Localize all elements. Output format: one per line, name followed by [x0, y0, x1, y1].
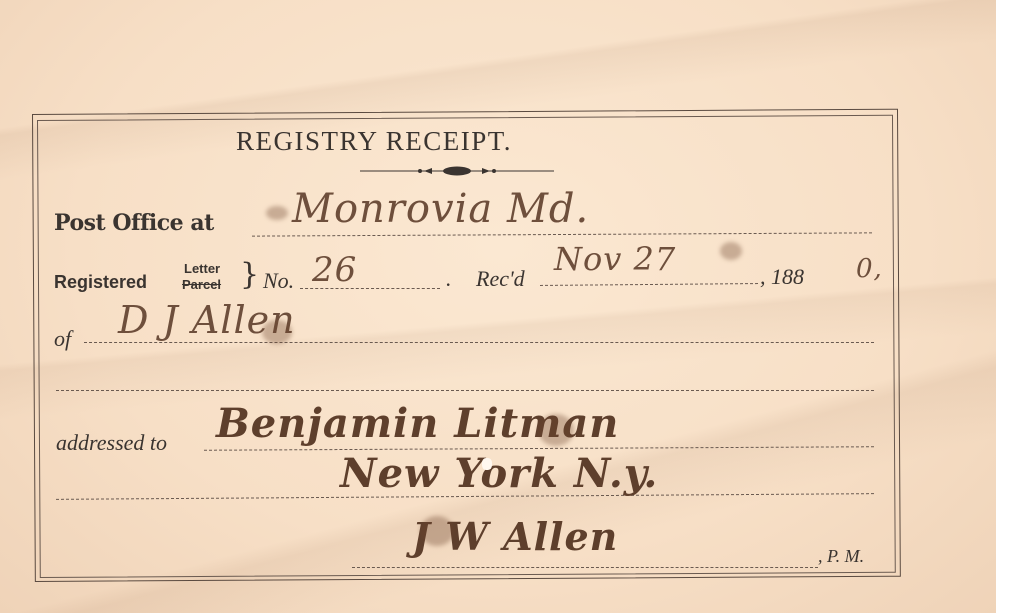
inner-border: [37, 115, 896, 578]
number-value: 26: [312, 250, 357, 290]
of-line: [84, 342, 874, 343]
year-suffix-value: 0,: [856, 254, 883, 284]
ink-stain: [720, 242, 742, 260]
received-label: Rec'd: [476, 266, 525, 292]
paper-hole: [482, 458, 492, 470]
postmaster-suffix: , P. M.: [818, 546, 864, 567]
brace: }: [240, 260, 259, 290]
registered-label: Registered: [54, 272, 147, 293]
divider-ornament-icon: [360, 164, 554, 178]
separator-dot: .: [446, 266, 452, 292]
postmaster-line: [352, 567, 818, 568]
registered-type-letter: Letter: [184, 261, 220, 276]
ink-stain: [538, 414, 574, 446]
received-date-value: Nov 27: [554, 240, 676, 278]
scan-background: [996, 0, 1024, 615]
ink-stain: [420, 516, 454, 546]
of-label: of: [54, 326, 71, 352]
post-office-value: Monrovia Md.: [292, 186, 589, 232]
addressed-to-line2: New York N.y.: [340, 450, 658, 497]
post-office-label: Post Office at: [54, 210, 214, 236]
blank-line-1: [56, 390, 874, 391]
year-prefix: , 188: [760, 264, 804, 290]
registered-type-parcel: Parcel: [182, 277, 221, 292]
ink-stain: [266, 206, 288, 220]
addressed-to-label: addressed to: [56, 430, 167, 456]
number-label: No.: [263, 268, 294, 294]
ink-stain: [262, 320, 292, 344]
document-title: REGISTRY RECEIPT.: [236, 126, 512, 157]
